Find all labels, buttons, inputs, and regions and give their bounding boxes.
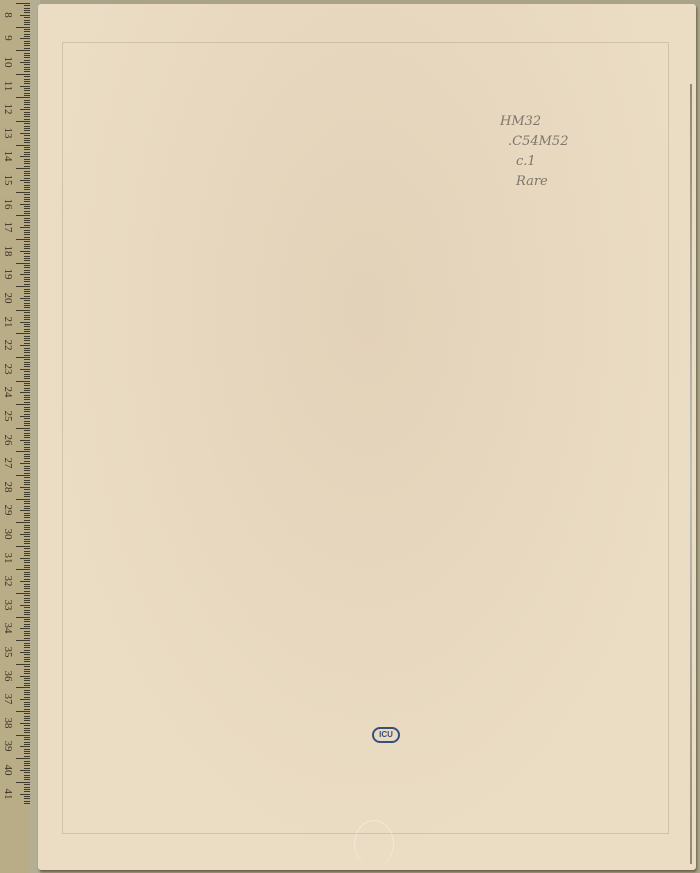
ruler-tick — [20, 605, 30, 606]
ruler-tick — [16, 27, 30, 28]
ruler-tick — [20, 133, 30, 134]
ruler-tick — [20, 794, 30, 795]
ruler-label: 35 — [2, 642, 14, 662]
ruler-tick — [20, 723, 30, 724]
ruler-tick — [20, 510, 30, 511]
ruler-label: 15 — [2, 170, 14, 190]
ruler-tick — [16, 735, 30, 736]
ruler-tick — [20, 227, 30, 228]
ruler-label: 23 — [2, 359, 14, 379]
ruler-label: 19 — [2, 264, 14, 284]
library-stamp: ICU — [372, 727, 400, 743]
ruler-tick — [20, 251, 30, 252]
ruler-tick — [16, 192, 30, 193]
ruler-label: 30 — [2, 524, 14, 544]
ruler-tick — [20, 699, 30, 700]
ruler-label: 20 — [2, 288, 14, 308]
measuring-ruler: 8910111213141516171819202122232425262728… — [0, 0, 31, 873]
ruler-label: 34 — [2, 618, 14, 638]
ruler-tick — [20, 581, 30, 582]
ruler-tick — [20, 628, 30, 629]
ruler-tick — [20, 38, 30, 39]
ruler-tick — [16, 569, 30, 570]
ruler-tick — [16, 546, 30, 547]
ruler-label: 37 — [2, 689, 14, 709]
plate-mark-border — [62, 42, 669, 834]
ruler-tick — [16, 711, 30, 712]
ruler-tick — [16, 310, 30, 311]
document-page: HM32 .C54M52 c.1 Rare ICU — [38, 4, 696, 870]
ruler-tick — [16, 404, 30, 405]
ruler-tick — [20, 298, 30, 299]
ruler-tick — [20, 416, 30, 417]
ruler-tick — [20, 770, 30, 771]
call-number-line-2: .C54M52 — [508, 132, 568, 152]
ruler-tick — [20, 463, 30, 464]
ruler-tick — [16, 3, 30, 4]
ruler-tick — [16, 97, 30, 98]
ruler-tick — [20, 652, 30, 653]
ruler-tick — [20, 440, 30, 441]
ruler-label: 27 — [2, 453, 14, 473]
call-number-annotation: HM32 .C54M52 c.1 Rare — [500, 112, 568, 192]
ruler-label: 8 — [2, 5, 14, 25]
ruler-tick — [20, 274, 30, 275]
ruler-tick — [16, 451, 30, 452]
ruler-label: 13 — [2, 123, 14, 143]
ruler-tick — [16, 357, 30, 358]
ruler-tick — [16, 333, 30, 334]
call-number-line-3: c.1 — [516, 152, 568, 172]
ruler-tick — [16, 782, 30, 783]
ruler-tick — [20, 15, 30, 16]
ruler-tick — [20, 109, 30, 110]
ruler-tick — [20, 392, 30, 393]
ruler-label: 28 — [2, 477, 14, 497]
ruler-tick — [16, 121, 30, 122]
page-edge — [690, 84, 692, 864]
ruler-tick — [20, 676, 30, 677]
ruler-label: 40 — [2, 760, 14, 780]
ruler-label: 17 — [2, 217, 14, 237]
ruler-tick — [20, 204, 30, 205]
ruler-label: 12 — [2, 99, 14, 119]
ruler-tick — [20, 558, 30, 559]
ruler-label: 31 — [2, 548, 14, 568]
ruler-tick — [16, 239, 30, 240]
ruler-tick — [16, 145, 30, 146]
ruler-tick — [16, 215, 30, 216]
ruler-label: 41 — [2, 784, 14, 804]
ruler-tick — [16, 499, 30, 500]
ruler-label: 16 — [2, 194, 14, 214]
ruler-label: 38 — [2, 713, 14, 733]
ruler-label: 39 — [2, 736, 14, 756]
ruler-tick — [16, 74, 30, 75]
ruler-tick — [16, 664, 30, 665]
ruler-label: 26 — [2, 430, 14, 450]
ruler-label: 32 — [2, 571, 14, 591]
ruler-tick — [16, 593, 30, 594]
blind-emboss-mark — [354, 820, 394, 867]
ruler-tick — [20, 86, 30, 87]
ruler-tick — [20, 487, 30, 488]
ruler-tick — [20, 369, 30, 370]
call-number-line-4: Rare — [516, 172, 568, 192]
ruler-tick — [20, 345, 30, 346]
ruler-tick — [16, 286, 30, 287]
ruler-label: 21 — [2, 312, 14, 332]
ruler-label: 18 — [2, 241, 14, 261]
ruler-label: 25 — [2, 406, 14, 426]
ruler-tick — [16, 263, 30, 264]
ruler-tick — [20, 156, 30, 157]
ruler-tick — [16, 617, 30, 618]
ruler-tick — [16, 381, 30, 382]
ruler-tick — [20, 746, 30, 747]
ruler-tick — [16, 522, 30, 523]
ruler-tick — [20, 180, 30, 181]
ruler-label: 24 — [2, 382, 14, 402]
ruler-label: 10 — [2, 52, 14, 72]
ruler-tick — [16, 428, 30, 429]
ruler-label: 22 — [2, 335, 14, 355]
ruler-label: 29 — [2, 500, 14, 520]
ruler-tick — [16, 640, 30, 641]
ruler-label: 14 — [2, 146, 14, 166]
ruler-tick — [16, 168, 30, 169]
ruler-label: 33 — [2, 595, 14, 615]
ruler-label: 11 — [2, 76, 14, 96]
ruler-tick — [20, 534, 30, 535]
ruler-tick — [16, 475, 30, 476]
ruler-tick — [16, 687, 30, 688]
ruler-tick — [16, 758, 30, 759]
ruler-tick — [16, 50, 30, 51]
ruler-label: 36 — [2, 666, 14, 686]
ruler-label: 9 — [2, 28, 14, 48]
ruler-tick — [20, 62, 30, 63]
ruler-tick — [20, 322, 30, 323]
call-number-line-1: HM32 — [500, 112, 568, 132]
